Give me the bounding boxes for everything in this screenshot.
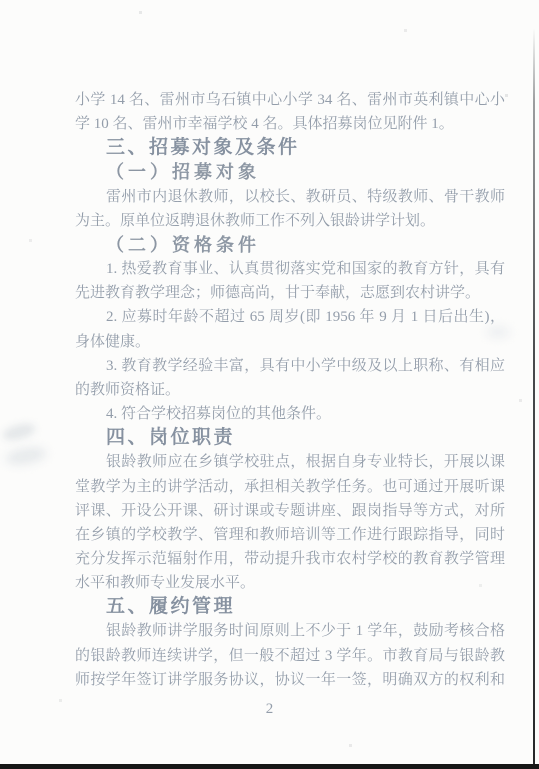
text-line: 2. 应募时年龄不超过 65 周岁(即 1956 年 9 月 1 日后出生)， [75,305,505,329]
text-line: 堂教学为主的讲学活动，承担相关教学任务。也可通过开展听课 [75,475,505,499]
scan-smudge [1,421,37,443]
scan-smudge [4,444,48,467]
text-line: 身体健康。 [75,330,505,354]
text-line: 小学 14 名、雷州市乌石镇中心小学 34 名、雷州市英利镇中心小 [75,88,505,112]
subsection-heading: （二）资格条件 [75,233,505,257]
text-line: 为主。原单位返聘退休教师工作不列入银龄讲学计划。 [75,209,505,233]
section-heading: 四、岗位职责 [75,426,505,450]
text-line: 银龄教师讲学服务时间原则上不少于 1 学年，鼓励考核合格 [75,619,505,643]
scan-edge-shadow-bottom [0,764,539,769]
text-line: 雷州市内退休教师，以校长、教研员、特级教师、骨干教师 [75,185,505,209]
text-line: 学 10 名、雷州市幸福学校 4 名。具体招募岗位见附件 1。 [75,112,505,136]
scanned-page: 小学 14 名、雷州市乌石镇中心小学 34 名、雷州市英利镇中心小学 10 名、… [0,0,539,769]
page-number: 2 [0,701,539,718]
subsection-heading: （一）招募对象 [75,160,505,184]
text-line: 评课、开设公开课、研讨课或专题讲座、跟岗指导等方式，对所 [75,499,505,523]
section-heading: 三、招募对象及条件 [75,136,505,160]
text-line: 的银龄教师连续讲学，但一般不超过 3 学年。市教育局与银龄教 [75,644,505,668]
text-line: 4. 符合学校招募岗位的其他条件。 [75,402,505,426]
text-line: 在乡镇的学校教学、管理和教师培训等工作进行跟踪指导，同时 [75,523,505,547]
text-line: 先进教育教学理念；师德高尚，甘于奉献，志愿到农村讲学。 [75,281,505,305]
scan-edge-shadow-right [533,28,535,769]
section-heading: 五、履约管理 [75,595,505,619]
document-body: 小学 14 名、雷州市乌石镇中心小学 34 名、雷州市英利镇中心小学 10 名、… [75,88,505,692]
text-line: 的教师资格证。 [75,378,505,402]
text-line: 充分发挥示范辐射作用，带动提升我市农村学校的教育教学管理 [75,547,505,571]
text-line: 水平和教师专业发展水平。 [75,571,505,595]
text-line: 3. 教育教学经验丰富，具有中小学中级及以上职称、有相应 [75,354,505,378]
text-line: 1. 热爱教育事业、认真贯彻落实党和国家的教育方针，具有 [75,257,505,281]
text-line: 银龄教师应在乡镇学校驻点，根据自身专业特长，开展以课 [75,450,505,474]
scan-noise-specks [0,0,1,1]
text-line: 师按学年签订讲学服务协议，协议一年一签，明确双方的权利和 [75,668,505,692]
